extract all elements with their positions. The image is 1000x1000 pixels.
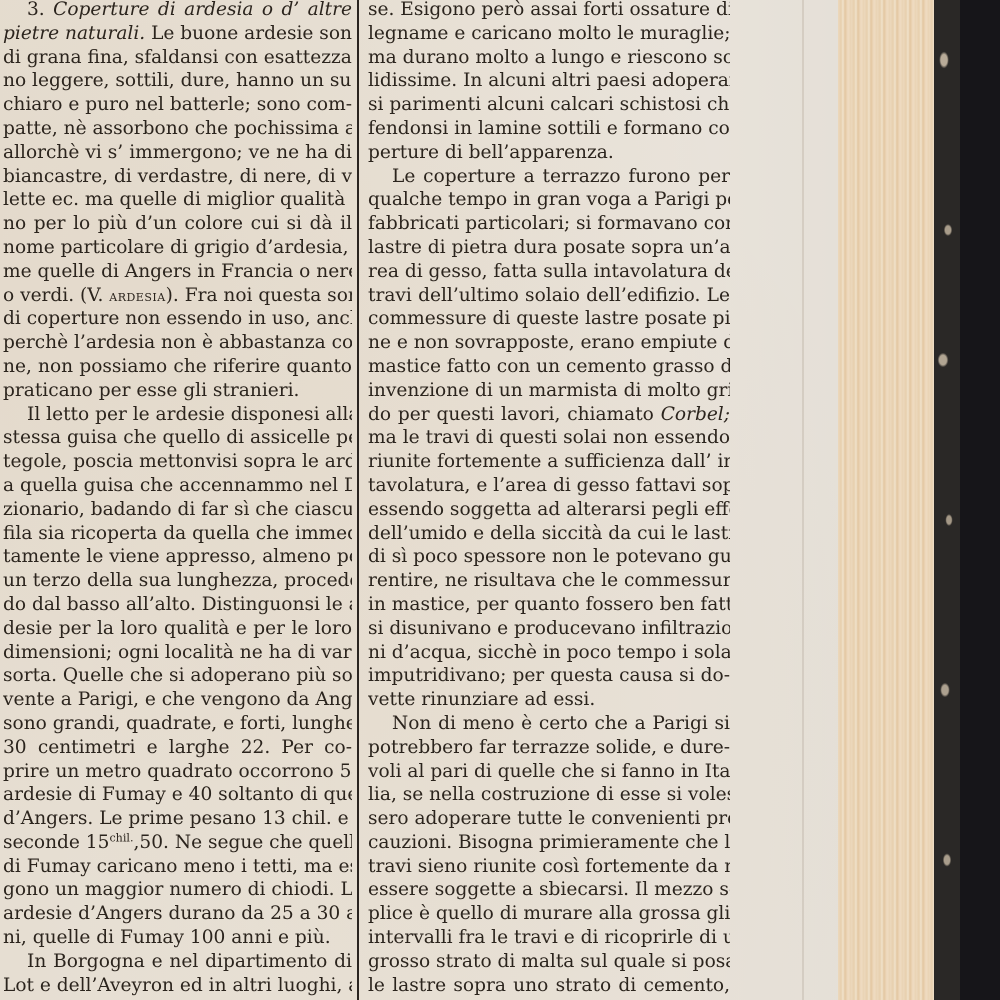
text-segment: commessure di queste lastre posate pia-	[368, 308, 730, 329]
text-line: ma le travi di questi solai non essendo	[368, 426, 730, 450]
text-line: legname e caricano molto le muraglie;	[368, 22, 730, 46]
text-segment: patte, nè assorbono che pochissima acqua	[3, 118, 352, 139]
text-line: Lot e dell’Aveyron ed in altri luoghi, a…	[3, 974, 352, 998]
text-segment: Il letto per le ardesie disponesi alla	[27, 404, 352, 425]
text-line: no per lo più d’un colore cui si dà il	[3, 212, 352, 236]
text-line: dell’umido e della siccità da cui le las…	[368, 522, 730, 546]
text-segment: chiaro e puro nel batterle; sono com-	[3, 94, 352, 115]
text-segment: Le coperture a terrazzo furono per	[392, 166, 730, 187]
text-segment: Non di meno è certo che a Parigi si	[392, 713, 730, 734]
text-line: intervalli fra le travi e di ricoprirle …	[368, 926, 730, 950]
text-segment: rea di gesso, fatta sulla intavolatura d…	[368, 261, 730, 282]
text-line: stessa guisa che quello di assicelle per…	[3, 426, 352, 450]
superscript-text: chil.	[109, 831, 133, 844]
text-line: patte, nè assorbono che pochissima acqua	[3, 117, 352, 141]
text-segment: riunite fortemente a sufficienza dall’ i…	[368, 451, 730, 472]
text-line: ne e non sovrapposte, erano empiute di	[368, 331, 730, 355]
text-line: grosso strato di malta sul quale si posa…	[368, 950, 730, 974]
text-segment: lastre di pietra dura posate sopra un’a-	[368, 237, 730, 258]
text-segment: sorta. Quelle che si adoperano più so-	[3, 665, 352, 686]
text-segment: tamente le viene appresso, almeno per	[3, 546, 352, 567]
text-segment: di grana fina, sfaldansi con esattezza, …	[3, 47, 352, 68]
text-line: essere soggette a sbiecarsi. Il mezzo se…	[368, 878, 730, 902]
text-line: un terzo della sua lunghezza, proceden-	[3, 569, 352, 593]
text-line: pietre naturali. Le buone ardesie sono	[3, 22, 352, 46]
text-line: voli al pari di quelle che si fanno in I…	[368, 760, 730, 784]
text-segment: intervalli fra le travi e di ricoprirle …	[368, 927, 730, 948]
book-block-edge	[838, 0, 936, 1000]
text-segment: dimensioni; ogni località ne ha di varie	[3, 642, 352, 663]
text-segment: si disunivano e producevano infiltrazio-	[368, 618, 730, 639]
text-segment: no leggere, sottili, dure, hanno un suon…	[3, 70, 352, 91]
text-segment: sono grandi, quadrate, e forti, lunghe	[3, 713, 352, 734]
left-column: 3. Coperture di ardesia o d’ altrepietre…	[3, 0, 352, 997]
text-segment: di coperture non essendo in uso, anche	[3, 308, 352, 329]
text-segment: gono un maggior numero di chiodi. Le	[3, 879, 352, 900]
text-line: allorchè vi s’ immergono; ve ne ha di	[3, 141, 352, 165]
text-segment: ). Fra noi questa sorta	[166, 285, 352, 306]
text-segment: travi dell’ultimo solaio dell’edifizio. …	[368, 285, 730, 306]
text-line: qualche tempo in gran voga a Parigi pei	[368, 188, 730, 212]
text-line: si parimenti alcuni calcari schistosi ch…	[368, 93, 730, 117]
text-segment: plice è quello di murare alla grossa gli	[368, 903, 730, 924]
text-line: vente a Parigi, e che vengono da Angers	[3, 688, 352, 712]
text-line: perture di bell’apparenza.	[368, 141, 730, 165]
text-segment: tegole, poscia mettonvisi sopra le ardes…	[3, 451, 352, 472]
text-line: perchè l’ardesia non è abbastanza comu-	[3, 331, 352, 355]
italic-text: Corbel;	[661, 404, 730, 425]
text-segment: rentire, ne risultava che le commessure	[368, 570, 730, 591]
marbled-cover-edge	[934, 0, 962, 1000]
text-segment: Le buone ardesie sono	[145, 23, 352, 44]
text-segment: si parimenti alcuni calcari schistosi ch…	[368, 94, 730, 115]
text-segment: do dal basso all’alto. Distinguonsi le a…	[3, 594, 352, 615]
text-line: o verdi. (V. ardesia). Fra noi questa so…	[3, 284, 352, 308]
text-line: prire un metro quadrato occorrono 54	[3, 760, 352, 784]
text-line: plice è quello di murare alla grossa gli	[368, 902, 730, 926]
text-segment: seconde 15	[3, 832, 109, 853]
text-line: di Fumay caricano meno i tetti, ma esi-	[3, 855, 352, 879]
text-segment: ni d’acqua, sicchè in poco tempo i solai	[368, 642, 730, 663]
text-segment: vente a Parigi, e che vengono da Angers	[3, 689, 352, 710]
text-segment: nome particolare di grigio d’ardesia, co…	[3, 237, 352, 258]
text-segment: stessa guisa che quello di assicelle per…	[3, 427, 352, 448]
text-segment: ni, quelle di Fumay 100 anni e più.	[3, 927, 331, 948]
text-line: riunite fortemente a sufficienza dall’ i…	[368, 450, 730, 474]
text-line: ne, non possiamo che riferire quanto	[3, 355, 352, 379]
text-line: biancastre, di verdastre, di nere, di vi…	[3, 165, 352, 189]
text-line: a quella guisa che accennammo nel Di-	[3, 474, 352, 498]
text-segment: ma durano molto a lungo e riescono so-	[368, 47, 730, 68]
text-line: tegole, poscia mettonvisi sopra le ardes…	[3, 450, 352, 474]
text-line: travi sieno riunite così fortemente da n…	[368, 855, 730, 879]
text-segment: ma le travi di questi solai non essendo	[368, 427, 730, 448]
text-line: lia, se nella costruzione di esse si vol…	[368, 783, 730, 807]
text-line: invenzione di un marmista di molto gri-	[368, 379, 730, 403]
text-segment: 30 centimetri e larghe 22. Per co-	[3, 737, 352, 758]
text-line: do per questi lavori, chiamato Corbel;	[368, 403, 730, 427]
text-line: cauzioni. Bisogna primieramente che le	[368, 831, 730, 855]
text-segment: potrebbero far terrazze solide, e dure-	[368, 737, 730, 758]
text-line: seconde 15chil.,50. Ne segue che quelle	[3, 831, 352, 855]
text-segment: in mastice, per quanto fossero ben fatte…	[368, 594, 730, 615]
text-line: d’Angers. Le prime pesano 13 chil. e le	[3, 807, 352, 831]
text-line: se. Esigono però assai forti ossature di	[368, 0, 730, 22]
text-line: desie per la loro qualità e per le loro	[3, 617, 352, 641]
text-segment: prire un metro quadrato occorrono 54	[3, 761, 352, 782]
text-segment: do per questi lavori, chiamato	[368, 404, 661, 425]
text-line: no leggere, sottili, dure, hanno un suon…	[3, 69, 352, 93]
text-line: do dal basso all’alto. Distinguonsi le a…	[3, 593, 352, 617]
text-segment: praticano per esse gli stranieri.	[3, 380, 299, 401]
text-segment: me quelle di Angers in Francia o nere	[3, 261, 352, 282]
text-segment: se. Esigono però assai forti ossature di	[368, 0, 730, 20]
text-line: Le coperture a terrazzo furono per	[368, 165, 730, 189]
text-segment: mastice fatto con un cemento grasso di	[368, 356, 730, 377]
text-line: commessure di queste lastre posate pia-	[368, 307, 730, 331]
text-line: In Borgogna e nel dipartimento di	[3, 950, 352, 974]
text-segment: lidissime. In alcuni altri paesi adopera…	[368, 70, 730, 91]
text-line: chiaro e puro nel batterle; sono com-	[3, 93, 352, 117]
text-segment: fendonsi in lamine sottili e formano co-	[368, 118, 730, 139]
text-line: nome particolare di grigio d’ardesia, co…	[3, 236, 352, 260]
text-segment: vette rinunziare ad essi.	[368, 689, 595, 710]
text-line: di coperture non essendo in uso, anche	[3, 307, 352, 331]
text-segment: perchè l’ardesia non è abbastanza comu-	[3, 332, 352, 353]
text-line: potrebbero far terrazze solide, e dure-	[368, 736, 730, 760]
text-segment: cauzioni. Bisogna primieramente che le	[368, 832, 730, 853]
text-line: rentire, ne risultava che le commessure	[368, 569, 730, 593]
text-segment: imputridivano; per questa causa si do-	[368, 665, 730, 686]
text-line: di sì poco spessore non le potevano gua-	[368, 545, 730, 569]
book-cover	[960, 0, 1000, 1000]
text-line: ma durano molto a lungo e riescono so-	[368, 46, 730, 70]
italic-text: pietre naturali.	[3, 23, 145, 44]
text-segment: grosso strato di malta sul quale si posa…	[368, 951, 730, 972]
text-segment: travi sieno riunite così fortemente da n…	[368, 856, 730, 877]
text-segment: tavolatura, e l’area di gesso fattavi so…	[368, 475, 730, 496]
text-segment: allorchè vi s’ immergono; ve ne ha di	[3, 142, 352, 163]
text-line: in mastice, per quanto fossero ben fatte…	[368, 593, 730, 617]
text-line: ni, quelle di Fumay 100 anni e più.	[3, 926, 352, 950]
text-line: lette ec. ma quelle di miglior qualità s…	[3, 188, 352, 212]
text-segment: sero adoperare tutte le convenienti pre-	[368, 808, 730, 829]
text-line: ardesie di Fumay e 40 soltanto di quelle	[3, 783, 352, 807]
small-caps-text: ardesia	[109, 286, 165, 305]
text-line: mastice fatto con un cemento grasso di	[368, 355, 730, 379]
page-fold-line	[802, 0, 804, 1000]
text-line: di grana fina, sfaldansi con esattezza, …	[3, 46, 352, 70]
column-divider-rule	[357, 0, 359, 1000]
text-segment: no per lo più d’un colore cui si dà il	[3, 213, 352, 234]
text-segment: voli al pari di quelle che si fanno in I…	[368, 761, 730, 782]
text-segment: un terzo della sua lunghezza, proceden-	[3, 570, 352, 591]
text-line: sono grandi, quadrate, e forti, lunghe	[3, 712, 352, 736]
text-line: zionario, badando di far sì che ciascuna	[3, 498, 352, 522]
text-segment: essere soggette a sbiecarsi. Il mezzo se…	[368, 879, 730, 900]
text-segment: perture di bell’apparenza.	[368, 142, 614, 163]
text-segment: a quella guisa che accennammo nel Di-	[3, 475, 352, 496]
text-line: dimensioni; ogni località ne ha di varie	[3, 641, 352, 665]
text-line: rea di gesso, fatta sulla intavolatura d…	[368, 260, 730, 284]
text-segment: ardesie d’Angers durano da 25 a 30 an-	[3, 903, 352, 924]
text-line: fila sia ricoperta da quella che immedia…	[3, 522, 352, 546]
text-segment: dell’umido e della siccità da cui le las…	[368, 523, 730, 544]
text-segment: di Fumay caricano meno i tetti, ma esi-	[3, 856, 352, 877]
text-line: lidissime. In alcuni altri paesi adopera…	[368, 69, 730, 93]
text-segment: ,50. Ne segue che quelle	[134, 832, 353, 853]
text-segment: le lastre sopra uno strato di cemento,	[368, 975, 730, 996]
text-line: fendonsi in lamine sottili e formano co-	[368, 117, 730, 141]
text-line: 30 centimetri e larghe 22. Per co-	[3, 736, 352, 760]
text-line: Non di meno è certo che a Parigi si	[368, 712, 730, 736]
text-line: sero adoperare tutte le convenienti pre-	[368, 807, 730, 831]
text-line: imputridivano; per questa causa si do-	[368, 664, 730, 688]
text-line: lastre di pietra dura posate sopra un’a-	[368, 236, 730, 260]
text-segment: biancastre, di verdastre, di nere, di vi…	[3, 166, 352, 187]
text-line: vette rinunziare ad essi.	[368, 688, 730, 712]
text-segment: desie per la loro qualità e per le loro	[3, 618, 352, 639]
text-segment: invenzione di un marmista di molto gri-	[368, 380, 730, 401]
text-line: praticano per esse gli stranieri.	[3, 379, 352, 403]
text-segment: o verdi. (V.	[3, 285, 109, 306]
text-line: Il letto per le ardesie disponesi alla	[3, 403, 352, 427]
text-line: si disunivano e producevano infiltrazio-	[368, 617, 730, 641]
text-line: le lastre sopra uno strato di cemento,	[368, 974, 730, 998]
italic-text: Coperture di ardesia o d’ altre	[53, 0, 352, 20]
text-segment: lette ec. ma quelle di miglior qualità s…	[3, 189, 352, 210]
text-segment: Lot e dell’Aveyron ed in altri luoghi, a…	[3, 975, 352, 996]
text-line: me quelle di Angers in Francia o nere	[3, 260, 352, 284]
text-line: 3. Coperture di ardesia o d’ altre	[3, 0, 352, 22]
text-segment: di sì poco spessore non le potevano gua-	[368, 546, 730, 567]
text-segment: In Borgogna e nel dipartimento di	[27, 951, 352, 972]
text-segment: qualche tempo in gran voga a Parigi pei	[368, 189, 730, 210]
right-column: se. Esigono però assai forti ossature di…	[368, 0, 730, 997]
text-segment: d’Angers. Le prime pesano 13 chil. e le	[3, 808, 352, 829]
text-segment: ne e non sovrapposte, erano empiute di	[368, 332, 730, 353]
text-segment: lia, se nella costruzione di esse si vol…	[368, 784, 730, 805]
text-line: travi dell’ultimo solaio dell’edifizio. …	[368, 284, 730, 308]
text-segment: legname e caricano molto le muraglie;	[368, 23, 730, 44]
text-segment: ne, non possiamo che riferire quanto	[3, 356, 352, 377]
text-line: ardesie d’Angers durano da 25 a 30 an-	[3, 902, 352, 926]
text-segment: 3.	[27, 0, 53, 20]
text-line: essendo soggetta ad alterarsi pegli effe…	[368, 498, 730, 522]
text-line: tamente le viene appresso, almeno per	[3, 545, 352, 569]
text-line: fabbricati particolari; si formavano con	[368, 212, 730, 236]
text-line: ni d’acqua, sicchè in poco tempo i solai	[368, 641, 730, 665]
text-segment: zionario, badando di far sì che ciascuna	[3, 499, 352, 520]
text-segment: fabbricati particolari; si formavano con	[368, 213, 730, 234]
text-segment: ardesie di Fumay e 40 soltanto di quelle	[3, 784, 352, 805]
text-line: sorta. Quelle che si adoperano più so-	[3, 664, 352, 688]
text-segment: essendo soggetta ad alterarsi pegli effe…	[368, 499, 730, 520]
text-line: tavolatura, e l’area di gesso fattavi so…	[368, 474, 730, 498]
text-line: gono un maggior numero di chiodi. Le	[3, 878, 352, 902]
text-segment: fila sia ricoperta da quella che immedia…	[3, 523, 352, 544]
